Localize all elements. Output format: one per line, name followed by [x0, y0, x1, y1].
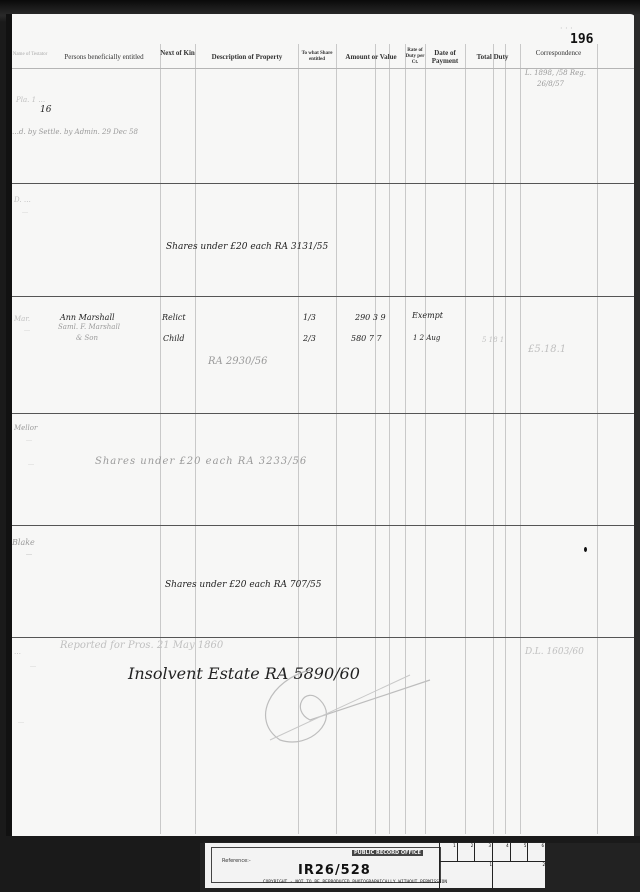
- header-amount: Amount or Value: [337, 53, 405, 61]
- header-total-duty: Total Duty: [465, 53, 520, 61]
- entry-4-margin-sub2: …: [28, 460, 34, 467]
- entry-3-person-1: Ann Marshall: [60, 313, 115, 322]
- entry-4-margin: Mellor: [14, 424, 37, 432]
- entry-3-date-2: 1 2 Aug: [413, 334, 440, 342]
- inch-scale: 1 2: [440, 862, 546, 888]
- header-next-of-kin: Next of Kin: [160, 49, 195, 57]
- entry-5-description: Shares under £20 each RA 707/55: [165, 580, 322, 590]
- entry-6-margin-sub: …: [30, 662, 36, 669]
- inch-tick: 1: [440, 862, 493, 888]
- column-rule: [520, 44, 521, 834]
- binding-edge: [6, 14, 12, 836]
- entry-3-amount-1: 290 3 9: [355, 313, 386, 322]
- column-rule: [465, 44, 466, 834]
- entry-divider: [12, 637, 634, 638]
- header-margin: Name of Testator: [12, 52, 48, 58]
- entry-2-margin: D. …: [14, 196, 31, 204]
- ink-spot: [584, 547, 587, 552]
- header-correspondence: Correspondence: [520, 49, 597, 57]
- reference-number: IR26/528: [298, 863, 371, 878]
- entry-1-correspondence-1: L. 1898, /58 Reg.: [525, 69, 586, 77]
- column-rule: [493, 44, 494, 834]
- entry-6-correspondence: D.L. 1603/60: [525, 647, 584, 657]
- reference-label: Reference:-: [222, 858, 251, 864]
- entry-3-margin-sub: …: [24, 326, 30, 333]
- entry-1-margin: Pla. 1 …: [16, 96, 45, 104]
- header-date-payment: Date of Payment: [425, 49, 465, 65]
- page-number: 196: [570, 32, 593, 47]
- entry-divider: [12, 183, 634, 184]
- entry-3-total-duty: 5 18 1: [482, 336, 504, 344]
- entry-3-kin-1: Relict: [162, 313, 186, 322]
- cm-tick: 1: [440, 843, 458, 861]
- entry-3-share-1: 1/3: [303, 313, 316, 322]
- cm-tick: 6: [528, 843, 546, 861]
- header-description: Description of Property: [196, 53, 298, 61]
- entry-4-description: Shares under £20 each RA 3233/56: [95, 456, 307, 467]
- header-rate: Rate of Duty per Ct.: [405, 48, 425, 66]
- inch-tick: 2: [493, 862, 546, 888]
- label-reference-box: PUBLIC RECORD OFFICE Reference:- IR26/52…: [211, 847, 441, 883]
- entry-3-margin: Mar.: [14, 315, 30, 323]
- entry-6-margin-sub2: …: [18, 718, 24, 725]
- office-name: PUBLIC RECORD OFFICE: [352, 850, 423, 856]
- entry-6-reported: Reported for Pros. 21 May 1860: [60, 640, 223, 651]
- entry-3-date-1: Exempt: [412, 311, 443, 320]
- cm-scale: 1 2 3 4 5 6: [440, 843, 546, 862]
- header-persons: Persons beneficially entitled: [50, 53, 158, 61]
- entry-divider: [12, 413, 634, 414]
- cm-tick: 5: [511, 843, 529, 861]
- entry-3-correspondence: £5.18.1: [528, 344, 566, 355]
- cm-tick: 2: [458, 843, 476, 861]
- column-rule: [195, 44, 196, 834]
- column-rule: [597, 44, 598, 834]
- entry-1-margin-number: 16: [40, 105, 51, 115]
- entry-3-share-2: 2/3: [303, 334, 316, 343]
- cm-tick: 4: [493, 843, 511, 861]
- entry-divider: [12, 525, 634, 526]
- column-rule: [505, 44, 506, 834]
- entry-divider: [12, 296, 634, 297]
- entry-3-description: RA 2930/56: [208, 356, 267, 367]
- entry-2-margin-sub: …: [22, 208, 28, 215]
- entry-5-margin: Blake: [12, 538, 35, 547]
- entry-4-margin-sub: …: [26, 436, 32, 443]
- column-rule: [160, 44, 161, 834]
- header-share: To what Share entitled: [298, 51, 336, 63]
- entry-5-margin-sub: …: [26, 550, 32, 557]
- scale-ruler: 1 2 3 4 5 6 1 2: [439, 843, 546, 888]
- entry-1-note: …d. by Settle. by Admin. 29 Dec 58: [12, 128, 138, 136]
- entry-3-kin-2: Child: [163, 334, 185, 343]
- entry-1-correspondence-2: 26/8/57: [537, 80, 564, 88]
- entry-3-person-3: & Son: [76, 334, 98, 342]
- entry-6-margin: …: [14, 648, 21, 656]
- cm-tick: 3: [475, 843, 493, 861]
- signature-flourish: [250, 660, 440, 750]
- archive-label: PUBLIC RECORD OFFICE Reference:- IR26/52…: [204, 842, 546, 889]
- scan-right-edge: [634, 14, 640, 836]
- entry-3-person-2: Saml. F. Marshall: [58, 323, 120, 331]
- entry-2-description: Shares under £20 each RA 3131/55: [166, 242, 328, 252]
- entry-3-amount-2: 580 7 7: [351, 334, 382, 343]
